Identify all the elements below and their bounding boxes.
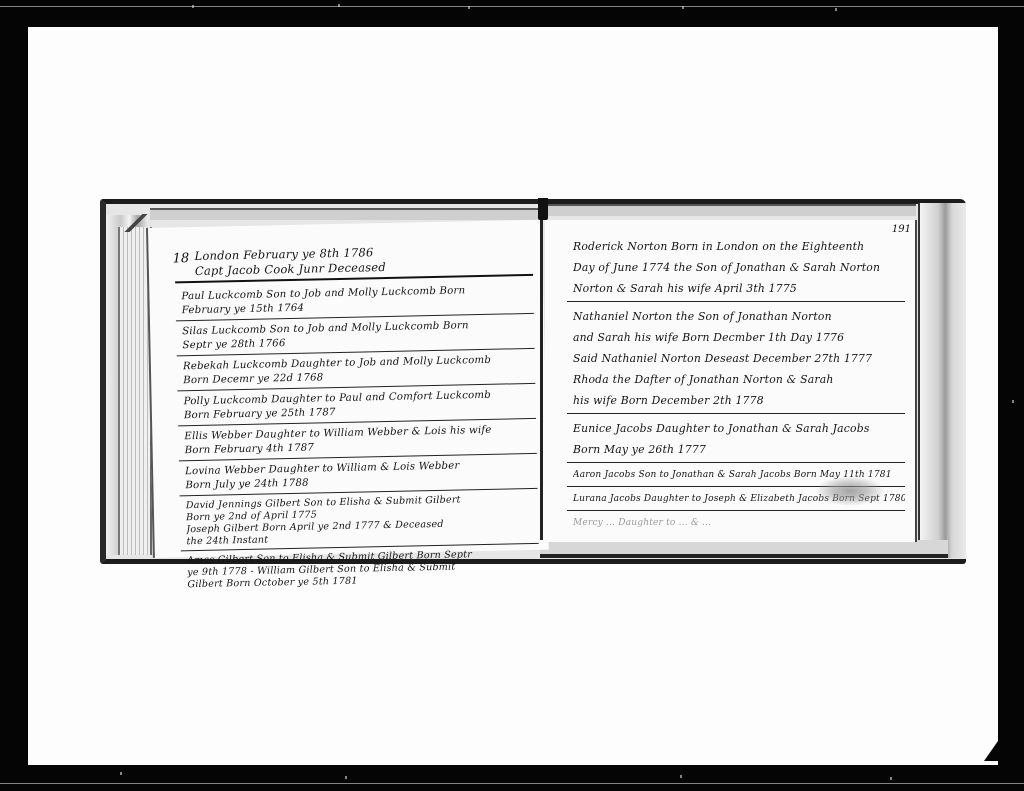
film-speck <box>468 6 470 9</box>
book-cover-right-edge <box>918 203 966 558</box>
entry-list: London February ye 8th 1786 Capt Jacob C… <box>174 240 539 595</box>
birth-record: Rebekah Luckcomb Daughter to Job and Mol… <box>177 351 536 391</box>
film-speck <box>192 5 194 8</box>
page-top-edge-left <box>150 208 538 220</box>
book-spine <box>540 210 543 540</box>
ink-smudge <box>815 476 885 506</box>
birth-record: Polly Luckcomb Daughter to Paul and Comf… <box>177 386 536 426</box>
entry-line: Nathaniel Norton the Son of Jonathan Nor… <box>573 306 905 327</box>
film-speck <box>1012 400 1014 403</box>
birth-record: Silas Luckcomb Son to Job and Molly Luck… <box>176 316 535 356</box>
birth-record: Amos Gilbert Son to Elisha & Submit Gilb… <box>181 546 540 593</box>
birth-record: Nathaniel Norton the Son of Jonathan Nor… <box>567 304 905 414</box>
entry-line: Rhoda the Dafter of Jonathan Norton & Sa… <box>573 369 905 390</box>
page-bottom-edge-right <box>540 540 948 558</box>
film-edge-line <box>0 783 1024 784</box>
edge-nick <box>984 741 998 761</box>
right-page: 191 Roderick Norton Born in London on th… <box>545 220 917 542</box>
left-page: 18 London February ye 8th 1786 Capt Jaco… <box>146 220 549 558</box>
entry-line: Said Nathaniel Norton Deseast December 2… <box>573 348 905 369</box>
film-speck <box>120 772 122 775</box>
film-speck <box>338 4 340 7</box>
entry-line: Day of June 1774 the Son of Jonathan & S… <box>573 257 905 278</box>
film-speck <box>345 776 347 779</box>
entry-line: his wife Born December 2th 1778 <box>573 390 905 411</box>
birth-record: Ellis Webber Daughter to William Webber … <box>178 421 537 461</box>
page-top-edge-right <box>548 204 916 216</box>
entry-line: Eunice Jacobs Daughter to Jonathan & Sar… <box>573 418 905 439</box>
film-speck <box>680 775 682 778</box>
entry-line: Born May ye 26th 1777 <box>573 439 905 460</box>
entry-line: Norton & Sarah his wife April 3th 1775 <box>573 278 905 299</box>
entry-line: and Sarah his wife Born Decmber 1th Day … <box>573 327 905 348</box>
film-speck <box>682 6 684 9</box>
birth-record: David Jennings Gilbert Son to Elisha & S… <box>180 491 539 551</box>
film-speck <box>835 8 837 11</box>
birth-record: Roderick Norton Born in London on the Ei… <box>567 234 905 302</box>
spine-clip <box>538 198 548 220</box>
birth-record: Lovina Webber Daughter to William & Lois… <box>179 456 538 496</box>
film-edge-line <box>0 6 1024 7</box>
register-header: London February ye 8th 1786 Capt Jacob C… <box>174 240 533 283</box>
birth-record: Eunice Jacobs Daughter to Jonathan & Sar… <box>567 416 905 463</box>
entry-line: Roderick Norton Born in London on the Ei… <box>573 236 905 257</box>
entry-line: Mercy ... Daughter to ... & ... <box>573 515 905 532</box>
film-speck <box>890 777 892 780</box>
birth-record: Paul Luckcomb Son to Job and Molly Luckc… <box>175 281 534 321</box>
faded-record: Mercy ... Daughter to ... & ... <box>567 513 905 534</box>
